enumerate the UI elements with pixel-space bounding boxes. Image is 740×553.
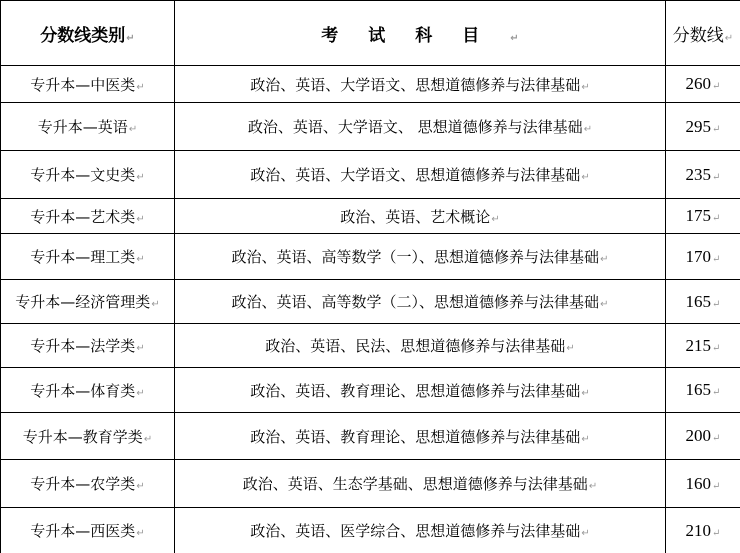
paragraph-mark-icon: ↵ [136, 388, 144, 399]
paragraph-mark-icon: ↵ [589, 481, 597, 492]
paragraph-mark-icon: ↵ [129, 124, 137, 135]
paragraph-mark-icon: ↵ [136, 172, 144, 183]
paragraph-mark-icon: ↵ [136, 82, 144, 93]
paragraph-mark-icon: ↵ [712, 528, 720, 539]
paragraph-mark-icon: ↵ [136, 343, 144, 354]
paragraph-mark-icon: ↵ [712, 213, 720, 224]
table-row: 专升本—经济管理类↵ 政治、英语、高等数学（二）、思想道德修养与法律基础↵ 16… [1, 280, 740, 324]
category-cell: 专升本—经济管理类↵ [1, 280, 175, 324]
subjects-cell: 政治、英语、大学语文、思想道德修养与法律基础↵ [175, 151, 666, 199]
table-row: 专升本—西医类↵ 政治、英语、医学综合、思想道德修养与法律基础↵ 210↵ [1, 508, 740, 553]
subjects-cell: 政治、英语、高等数学（一）、思想道德修养与法律基础↵ [175, 234, 666, 280]
paragraph-mark-icon: ↵ [712, 124, 720, 135]
subjects-cell: 政治、英语、教育理论、思想道德修养与法律基础↵ [175, 368, 666, 413]
paragraph-mark-icon: ↵ [581, 82, 589, 93]
paragraph-mark-icon: ↵ [712, 299, 720, 310]
category-cell: 专升本—体育类↵ [1, 368, 175, 413]
paragraph-mark-icon: ↵ [581, 172, 589, 183]
paragraph-mark-icon: ↵ [725, 33, 733, 44]
category-cell: 专升本—艺术类↵ [1, 199, 175, 234]
subjects-cell: 政治、英语、大学语文、 思想道德修养与法律基础↵ [175, 103, 666, 151]
score-cell: 160↵ [666, 460, 740, 508]
paragraph-mark-icon: ↵ [581, 434, 589, 445]
table-row: 专升本—教育学类↵ 政治、英语、教育理论、思想道德修养与法律基础↵ 200↵ [1, 413, 740, 460]
score-cell: 210↵ [666, 508, 740, 553]
paragraph-mark-icon: ↵ [510, 33, 518, 44]
score-cell: 215↵ [666, 324, 740, 368]
table-row: 专升本—文史类↵ 政治、英语、大学语文、思想道德修养与法律基础↵ 235↵ [1, 151, 740, 199]
header-subjects: 考试科目↵ [175, 1, 666, 66]
paragraph-mark-icon: ↵ [136, 214, 144, 225]
subjects-cell: 政治、英语、民法、思想道德修养与法律基础↵ [175, 324, 666, 368]
score-cell: 175↵ [666, 199, 740, 234]
score-cell: 200↵ [666, 413, 740, 460]
score-cell: 170↵ [666, 234, 740, 280]
category-cell: 专升本—理工类↵ [1, 234, 175, 280]
paragraph-mark-icon: ↵ [581, 528, 589, 539]
paragraph-mark-icon: ↵ [136, 528, 144, 539]
subjects-cell: 政治、英语、大学语文、思想道德修养与法律基础↵ [175, 66, 666, 103]
category-cell: 专升本—西医类↵ [1, 508, 175, 553]
table-row: 专升本—英语↵ 政治、英语、大学语文、 思想道德修养与法律基础↵ 295↵ [1, 103, 740, 151]
paragraph-mark-icon: ↵ [600, 254, 608, 265]
paragraph-mark-icon: ↵ [712, 254, 720, 265]
table-row: 专升本—体育类↵ 政治、英语、教育理论、思想道德修养与法律基础↵ 165↵ [1, 368, 740, 413]
paragraph-mark-icon: ↵ [712, 81, 720, 92]
table-row: 专升本—法学类↵ 政治、英语、民法、思想道德修养与法律基础↵ 215↵ [1, 324, 740, 368]
paragraph-mark-icon: ↵ [712, 172, 720, 183]
category-cell: 专升本—英语↵ [1, 103, 175, 151]
table-row: 专升本—中医类↵ 政治、英语、大学语文、思想道德修养与法律基础↵ 260↵ [1, 66, 740, 103]
paragraph-mark-icon: ↵ [151, 299, 159, 310]
header-score: 分数线↵ [666, 1, 740, 66]
paragraph-mark-icon: ↵ [712, 343, 720, 354]
paragraph-mark-icon: ↵ [712, 481, 720, 492]
paragraph-mark-icon: ↵ [581, 388, 589, 399]
paragraph-mark-icon: ↵ [491, 214, 499, 225]
category-cell: 专升本—农学类↵ [1, 460, 175, 508]
paragraph-mark-icon: ↵ [712, 433, 720, 444]
header-row: 分数线类别↵ 考试科目↵ 分数线↵ [1, 1, 740, 66]
subjects-cell: 政治、英语、教育理论、思想道德修养与法律基础↵ [175, 413, 666, 460]
score-cell: 235↵ [666, 151, 740, 199]
score-table: 分数线类别↵ 考试科目↵ 分数线↵ 专升本—中医类↵ 政治、英语、大学语文、思想… [0, 0, 740, 553]
paragraph-mark-icon: ↵ [566, 343, 574, 354]
table-row: 专升本—理工类↵ 政治、英语、高等数学（一）、思想道德修养与法律基础↵ 170↵ [1, 234, 740, 280]
subjects-cell: 政治、英语、艺术概论↵ [175, 199, 666, 234]
paragraph-mark-icon: ↵ [136, 481, 144, 492]
category-cell: 专升本—中医类↵ [1, 66, 175, 103]
paragraph-mark-icon: ↵ [126, 33, 134, 44]
category-cell: 专升本—文史类↵ [1, 151, 175, 199]
header-category: 分数线类别↵ [1, 1, 175, 66]
score-cell: 260↵ [666, 66, 740, 103]
paragraph-mark-icon: ↵ [712, 387, 720, 398]
category-cell: 专升本—法学类↵ [1, 324, 175, 368]
paragraph-mark-icon: ↵ [144, 434, 152, 445]
paragraph-mark-icon: ↵ [600, 299, 608, 310]
table-row: 专升本—农学类↵ 政治、英语、生态学基础、思想道德修养与法律基础↵ 160↵ [1, 460, 740, 508]
score-cell: 165↵ [666, 280, 740, 324]
score-cell: 165↵ [666, 368, 740, 413]
paragraph-mark-icon: ↵ [136, 254, 144, 265]
subjects-cell: 政治、英语、高等数学（二）、思想道德修养与法律基础↵ [175, 280, 666, 324]
subjects-cell: 政治、英语、生态学基础、思想道德修养与法律基础↵ [175, 460, 666, 508]
score-cell: 295↵ [666, 103, 740, 151]
subjects-cell: 政治、英语、医学综合、思想道德修养与法律基础↵ [175, 508, 666, 553]
table-row: 专升本—艺术类↵ 政治、英语、艺术概论↵ 175↵ [1, 199, 740, 234]
paragraph-mark-icon: ↵ [584, 124, 592, 135]
category-cell: 专升本—教育学类↵ [1, 413, 175, 460]
